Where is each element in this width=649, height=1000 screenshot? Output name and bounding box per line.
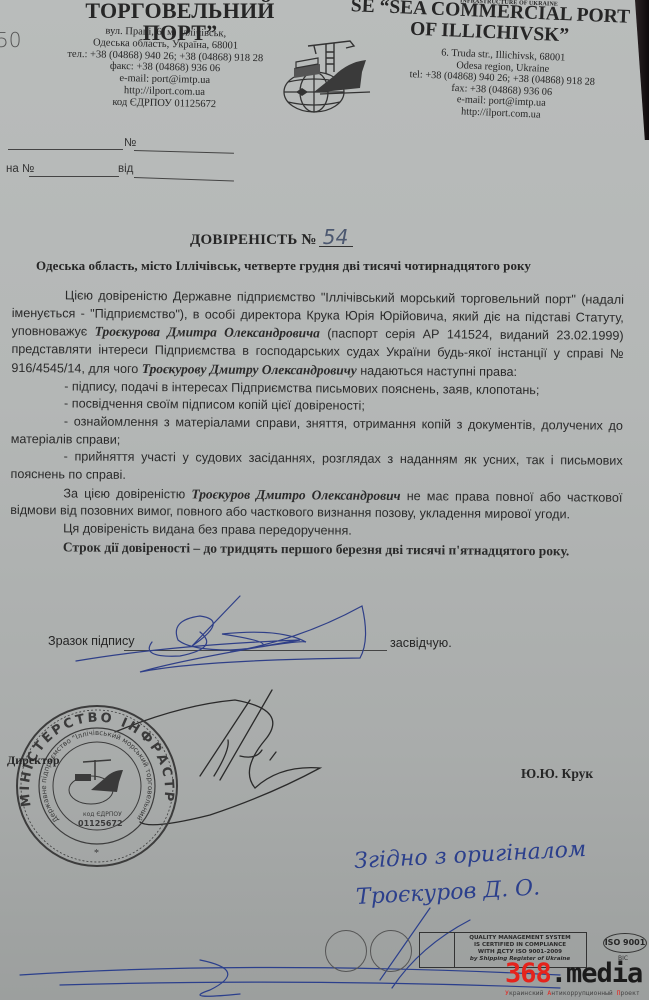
validity-term-paragraph: Строк дії довіреності – до тридцять перш… bbox=[10, 538, 622, 561]
representative-name: Троєкурову Дмитру Олександровичу bbox=[142, 361, 357, 378]
stamp-code: 01125672 bbox=[78, 819, 123, 828]
paragraph-text: надаються наступні права: bbox=[357, 364, 517, 379]
authorization-paragraph: Цією довіреністю Державне підприємство "… bbox=[11, 287, 624, 382]
watermark-tagline-part: краинский bbox=[509, 989, 547, 997]
document-number-handwritten: 54 bbox=[319, 228, 353, 247]
document-title: ДОВІРЕНІСТЬ №54 bbox=[190, 228, 353, 249]
from-date-line bbox=[134, 177, 234, 181]
director-label: Директор bbox=[7, 753, 60, 768]
from-date-label: від bbox=[118, 163, 133, 175]
watermark-red: 368 bbox=[505, 958, 551, 989]
handwritten-certification-note: Згідно з оригіналом Троєкуров Д. О. bbox=[353, 832, 589, 916]
number-field-line bbox=[134, 150, 234, 154]
paper-edge-shadow bbox=[635, 0, 649, 140]
certification-seal-icon bbox=[370, 930, 412, 972]
representative-name: Троєкуров Дмитро Олександрович bbox=[191, 486, 400, 503]
cert-line: IS CERTIFIED IN COMPLIANCE bbox=[456, 942, 584, 949]
representative-name: Троєкурова Дмитра Олександровича bbox=[95, 324, 320, 341]
letterhead-right-contacts: 6. Truda str., Illichivsk, 68001 Odesa r… bbox=[381, 45, 624, 125]
shipping-register-emblem-icon bbox=[420, 933, 455, 967]
reference-number-line bbox=[29, 176, 119, 177]
document-title-text: ДОВІРЕНІСТЬ № bbox=[190, 232, 317, 248]
rights-item: - ознайомлення з матеріалами справи, зня… bbox=[11, 413, 623, 453]
stamp-code-label: код ЄДРПОУ bbox=[83, 811, 122, 818]
margin-number: 50 bbox=[0, 28, 21, 52]
iso-9001-badge: ISO 9001 bbox=[603, 933, 647, 953]
svg-text:*: * bbox=[94, 848, 99, 859]
watermark-black: .media bbox=[551, 958, 643, 989]
letterhead-right-title: SE “SEA COMMERCIAL PORT OF ILLICHIVSK” bbox=[344, 0, 636, 49]
representative-signature-icon bbox=[76, 596, 366, 672]
cert-line: QUALITY MANAGEMENT SYSTEM bbox=[456, 935, 584, 942]
certification-seal-icon bbox=[325, 930, 367, 972]
paragraph-text: За цією довіреністю bbox=[63, 486, 191, 501]
place-and-date: Одеська область, місто Іллічівськ, четве… bbox=[36, 258, 531, 274]
watermark-logo: 368.media bbox=[505, 960, 642, 988]
cert-line: WITH ДСТУ ISO 9001-2009 bbox=[456, 949, 584, 956]
restrictions-paragraph: За цією довіреністю Троєкуров Дмитро Оле… bbox=[10, 484, 622, 525]
outgoing-date-line bbox=[8, 149, 123, 150]
reference-number-label: на № bbox=[6, 163, 34, 175]
rights-item: - прийняття участі у судових засіданнях,… bbox=[10, 448, 622, 488]
watermark-tagline: Украинский Антикоррупционный Проект bbox=[505, 989, 640, 997]
watermark-tagline-part: роект bbox=[620, 989, 639, 997]
director-name: Ю.Ю. Крук bbox=[521, 766, 593, 782]
port-logo-icon bbox=[274, 26, 374, 116]
official-stamp: МІНІСТЕРСТВО ІНФРАСТРУКТУРИ УКРАЇНИ Держ… bbox=[0, 700, 200, 900]
letterhead-left-contacts: вул. Праці, 6, м. Іллічівськ, Одеська об… bbox=[39, 24, 291, 112]
document-body: Цією довіреністю Державне підприємство "… bbox=[10, 287, 624, 560]
number-label: № bbox=[124, 137, 136, 149]
watermark-tagline-part: нтикоррупционный bbox=[551, 989, 616, 997]
